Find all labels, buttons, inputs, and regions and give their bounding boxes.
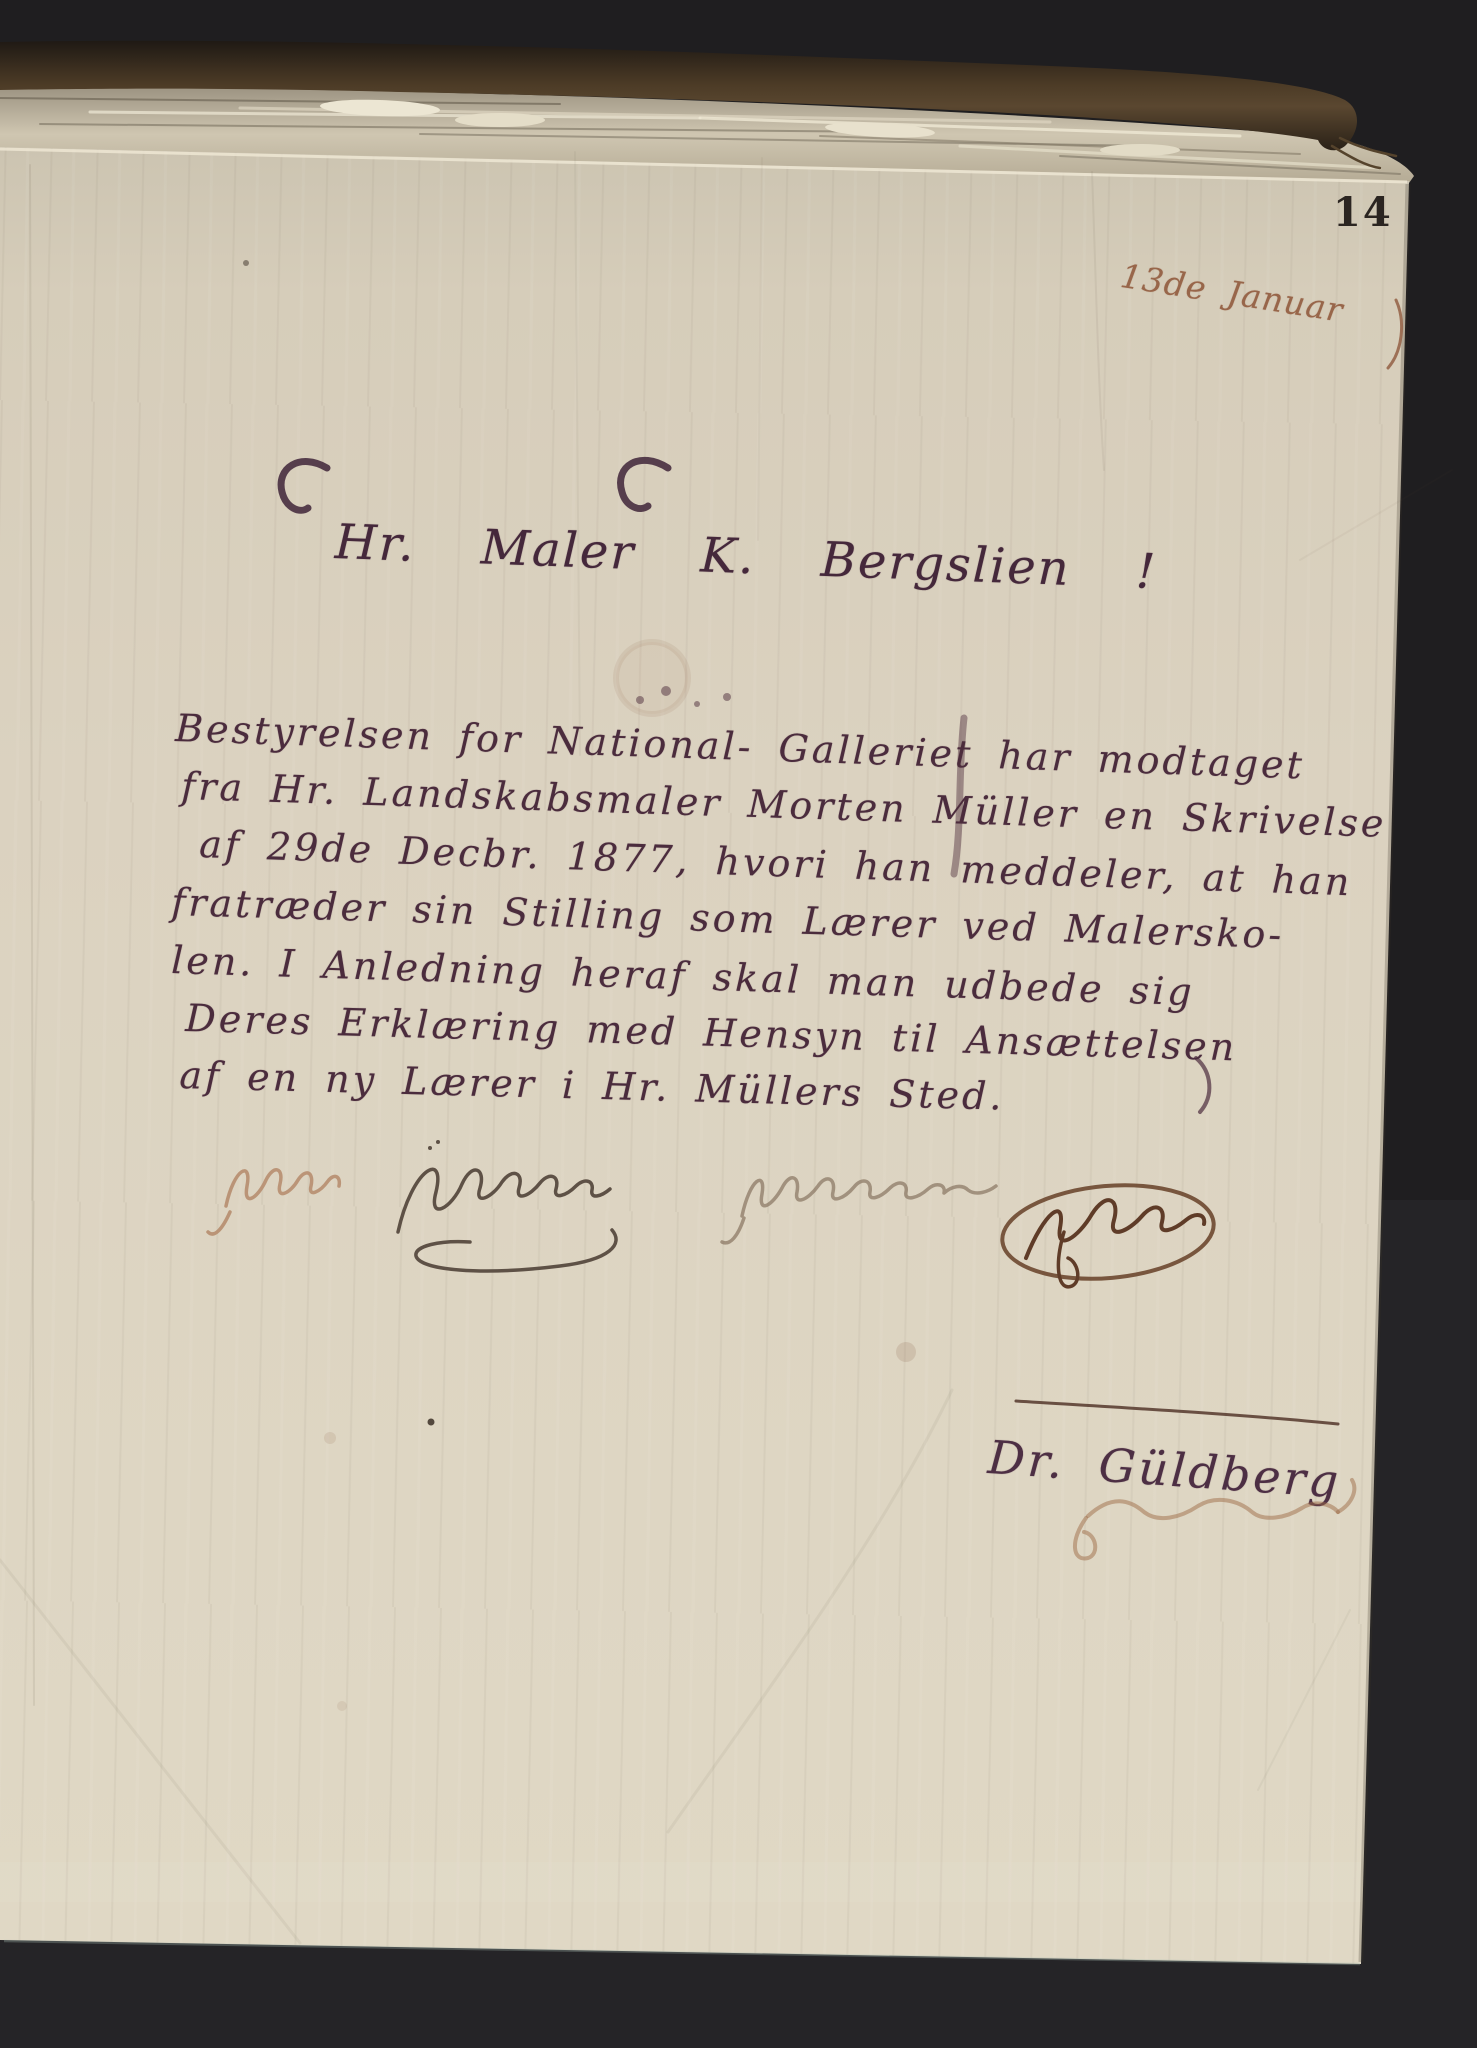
ghost-signature xyxy=(1075,1480,1354,1558)
ink-smear xyxy=(954,718,964,874)
body-end-flourish xyxy=(1196,1058,1209,1112)
ink-smudge-dots xyxy=(636,686,731,707)
countersign-rule xyxy=(1016,1401,1338,1424)
archive-scan-page: 14 13de Januar Hr. Maler K. Bergslien ! … xyxy=(0,0,1477,2048)
signature-3 xyxy=(722,1178,996,1243)
date-flourish xyxy=(1388,300,1402,368)
signature-1 xyxy=(208,1170,339,1234)
salutation-flourishes xyxy=(281,460,668,510)
signature-4 xyxy=(998,1177,1217,1287)
ink-overlay xyxy=(0,0,1477,2048)
signature-2 xyxy=(398,1140,616,1271)
